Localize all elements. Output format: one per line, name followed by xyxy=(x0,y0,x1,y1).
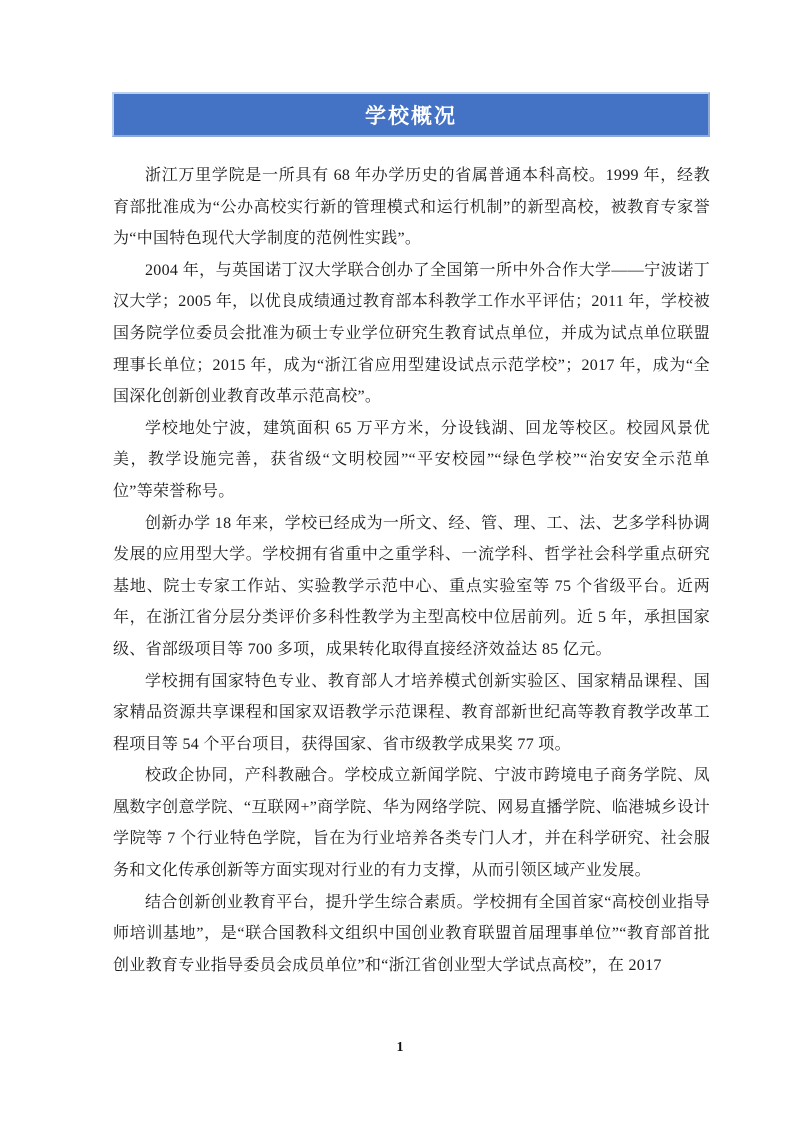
body-paragraph: 结合创新创业教育平台，提升学生综合素质。学校拥有全国首家“高校创业指导师培训基地… xyxy=(113,887,710,982)
document-page: 学校概况 浙江万里学院是一所具有 68 年办学历史的省属普通本科高校。1999 … xyxy=(0,0,800,1131)
page-number: 1 xyxy=(0,1040,800,1056)
body-paragraph: 2004 年，与英国诺丁汉大学联合创办了全国第一所中外合作大学——宁波诺丁汉大学… xyxy=(113,255,710,413)
body-paragraph: 学校地处宁波，建筑面积 65 万平方米，分设钱湖、回龙等校区。校园风景优美，教学… xyxy=(113,413,710,508)
section-header-banner: 学校概况 xyxy=(112,92,710,137)
body-paragraph: 学校拥有国家特色专业、教育部人才培养模式创新实验区、国家精品课程、国家精品资源共… xyxy=(113,666,710,761)
body-paragraph: 浙江万里学院是一所具有 68 年办学历史的省属普通本科高校。1999 年，经教育… xyxy=(113,160,710,255)
body-paragraph: 创新办学 18 年来，学校已经成为一所文、经、管、理、工、法、艺多学科协调发展的… xyxy=(113,508,710,666)
document-body: 浙江万里学院是一所具有 68 年办学历史的省属普通本科高校。1999 年，经教育… xyxy=(113,160,710,981)
body-paragraph: 校政企协同，产科教融合。学校成立新闻学院、宁波市跨境电子商务学院、凤凰数字创意学… xyxy=(113,760,710,886)
section-title: 学校概况 xyxy=(365,100,457,130)
